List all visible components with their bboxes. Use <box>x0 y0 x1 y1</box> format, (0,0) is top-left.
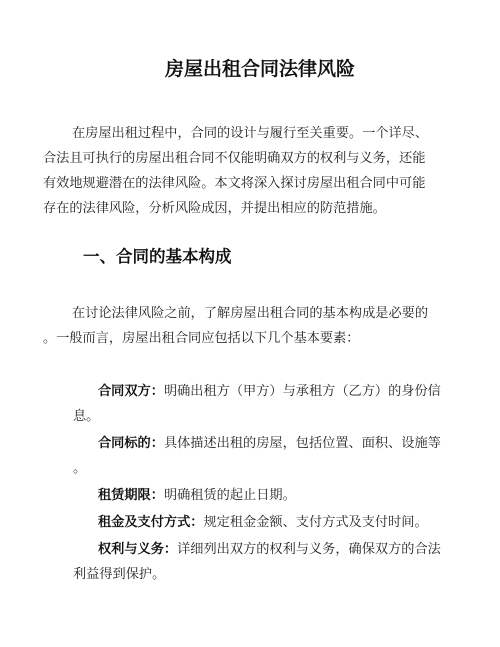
list-item-lease-term-label: 租赁期限： <box>98 487 164 502</box>
list-item-lease-term-text: 明确租赁的起止日期。 <box>164 487 296 502</box>
list-item-rights-obligations: 权利与义务：详细列出双方的权利与义务，确保双方的合法 利益得到保护。 <box>43 536 443 586</box>
intro-paragraph: 在房屋出租过程中，合同的设计与履行至关重要。一个详尽、 合法且可执行的房屋出租合… <box>43 120 443 220</box>
document-title: 房屋出租合同法律风险 <box>43 0 443 83</box>
section-intro-paragraph: 在讨论法律风险之前，了解房屋出租合同的基本构成是必要的 。一般而言，房屋出租合同… <box>43 300 443 350</box>
list-item-rent-payment: 租金及支付方式：规定租金金额、支付方式及支付时间。 <box>43 509 443 534</box>
list-item-lease-term: 租赁期限：明确租赁的起止日期。 <box>43 482 443 507</box>
list-item-rent-payment-text: 规定租金金额、支付方式及支付时间。 <box>204 514 428 529</box>
section-heading: 一、合同的基本构成 <box>43 245 443 269</box>
list-item-parties-label: 合同双方： <box>98 383 164 398</box>
list-item-subject: 合同标的：具体描述出租的房屋，包括位置、面积、设施等 。 <box>43 430 443 480</box>
list-item-rights-obligations-label: 权利与义务： <box>98 541 177 556</box>
list-item-subject-label: 合同标的： <box>98 435 164 450</box>
document-content: 房屋出租合同法律风险 在房屋出租过程中，合同的设计与履行至关重要。一个详尽、 合… <box>0 0 500 586</box>
contract-elements-list: 合同双方：明确出租方（甲方）与承租方（乙方）的身份信 息。 合同标的：具体描述出… <box>43 378 443 586</box>
document-page: 房屋出租合同法律风险 在房屋出租过程中，合同的设计与履行至关重要。一个详尽、 合… <box>0 0 500 647</box>
list-item-parties: 合同双方：明确出租方（甲方）与承租方（乙方）的身份信 息。 <box>43 378 443 428</box>
list-item-rent-payment-label: 租金及支付方式： <box>98 514 204 529</box>
